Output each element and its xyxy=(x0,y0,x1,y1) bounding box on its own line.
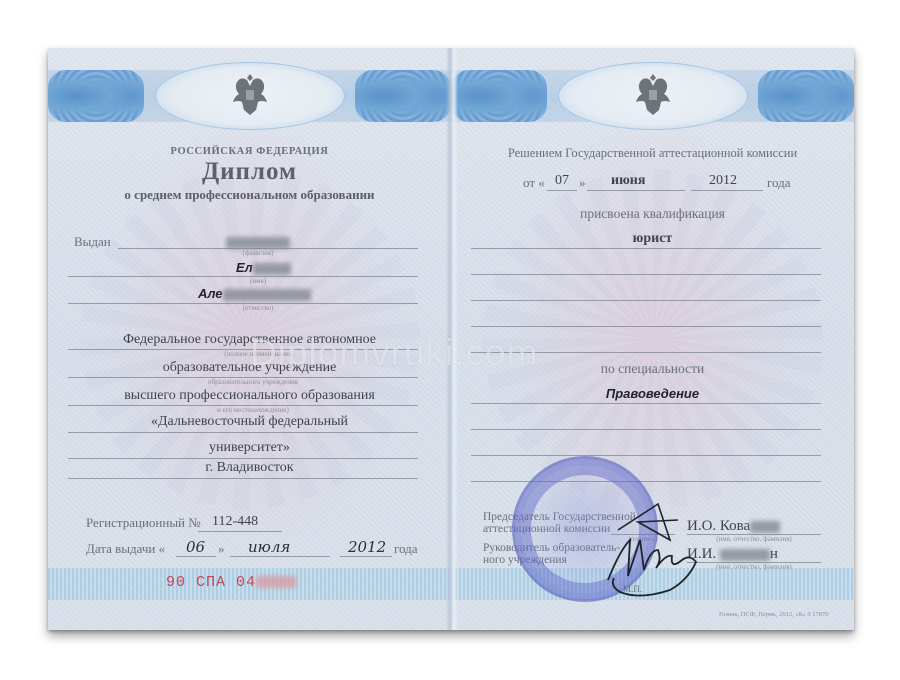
institution-caption-2: образовательного учреждения xyxy=(178,378,328,386)
patronymic-caption: (отчество) xyxy=(198,304,318,312)
head-signature xyxy=(600,520,710,600)
issue-date-label: Дата выдачи « xyxy=(86,541,165,557)
first-name-value: Ел xyxy=(236,260,291,275)
specialty-value: Правоведение xyxy=(451,386,854,401)
decision-from-label: от « xyxy=(523,175,545,191)
institution-city: г. Владивосток xyxy=(48,460,451,476)
printer-note: Гознак, ПСФ, Пермь, 2012, «Б» З 17870 xyxy=(719,611,829,618)
issue-day: 06 xyxy=(186,538,205,556)
qualification-label: присвоена квалификация xyxy=(451,206,854,222)
coat-of-arms-icon xyxy=(630,68,676,118)
decision-year: 2012 xyxy=(709,173,737,189)
surname-caption: (фамилия) xyxy=(198,249,318,257)
issue-year-suffix: года xyxy=(394,541,418,557)
first-name-caption: (имя) xyxy=(198,277,318,285)
document-title: Диплом xyxy=(48,158,451,186)
institution-caption-3: и его местонахождение) xyxy=(178,406,328,414)
registration-label: Регистрационный № xyxy=(86,515,201,531)
coat-of-arms-icon xyxy=(227,68,273,118)
decision-month: июня xyxy=(611,173,645,189)
guilloche-band xyxy=(451,70,854,122)
issued-label: Выдан xyxy=(74,234,111,250)
decision-day: 07 xyxy=(555,173,569,189)
institution-line-5: университет» xyxy=(48,440,451,456)
guilloche-band xyxy=(48,70,451,122)
issue-year: 2012 xyxy=(348,538,386,556)
qualification-value: юрист xyxy=(451,231,854,247)
decision-year-suffix: года xyxy=(767,175,791,191)
issue-month: июля xyxy=(248,538,290,556)
country-name: РОССИЙСКАЯ ФЕДЕРАЦИЯ xyxy=(48,146,451,157)
patronymic-value: Але xyxy=(198,286,311,301)
document-subtitle: о среднем профессиональном образовании xyxy=(48,187,451,203)
serial-number: 90 СПА 04 xyxy=(166,574,296,591)
commission-decision: Решением Государственной аттестационной … xyxy=(451,146,854,161)
institution-line-3: высшего профессионального образования xyxy=(48,388,451,404)
registration-number: 112-448 xyxy=(212,514,258,530)
site-watermark: Diplomvruki.com xyxy=(250,332,538,374)
institution-line-4: «Дальневосточный федеральный xyxy=(48,414,451,430)
